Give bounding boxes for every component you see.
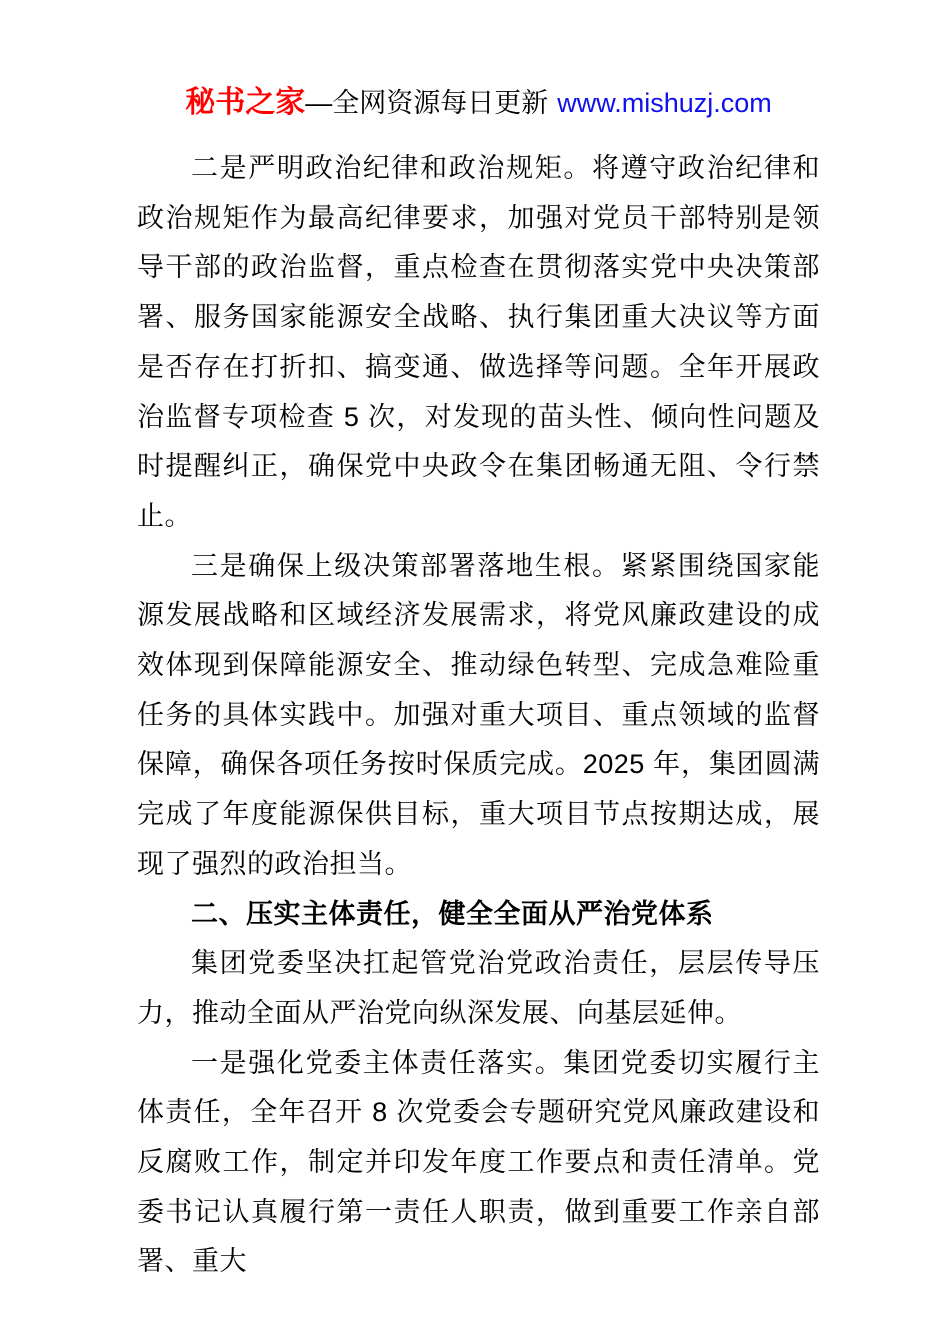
body-paragraph: 三是确保上级决策部署落地生根。紧紧围绕国家能源发展战略和区域经济发展需求，将党风…: [137, 542, 820, 890]
document-body: 二是严明政治纪律和政治规矩。将遵守政治纪律和政治规矩作为最高纪律要求，加强对党员…: [137, 144, 820, 1287]
section-heading: 二、压实主体责任，健全全面从严治党体系: [137, 890, 820, 940]
site-header: 秘书之家—全网资源每日更新www.mishuzj.com: [137, 84, 820, 122]
body-paragraph: 二是严明政治纪律和政治规矩。将遵守政治纪律和政治规矩作为最高纪律要求，加强对党员…: [137, 144, 820, 542]
site-url-link[interactable]: www.mishuzj.com: [557, 88, 772, 118]
body-paragraph: 一是强化党委主体责任落实。集团党委切实履行主体责任，全年召开 8 次党委会专题研…: [137, 1039, 820, 1288]
header-tagline: —全网资源每日更新: [305, 88, 548, 118]
brand-name: 秘书之家: [185, 86, 305, 119]
document-page: 秘书之家—全网资源每日更新www.mishuzj.com 二是严明政治纪律和政治…: [0, 0, 950, 1344]
body-paragraph: 集团党委坚决扛起管党治党政治责任，层层传导压力，推动全面从严治党向纵深发展、向基…: [137, 939, 820, 1038]
